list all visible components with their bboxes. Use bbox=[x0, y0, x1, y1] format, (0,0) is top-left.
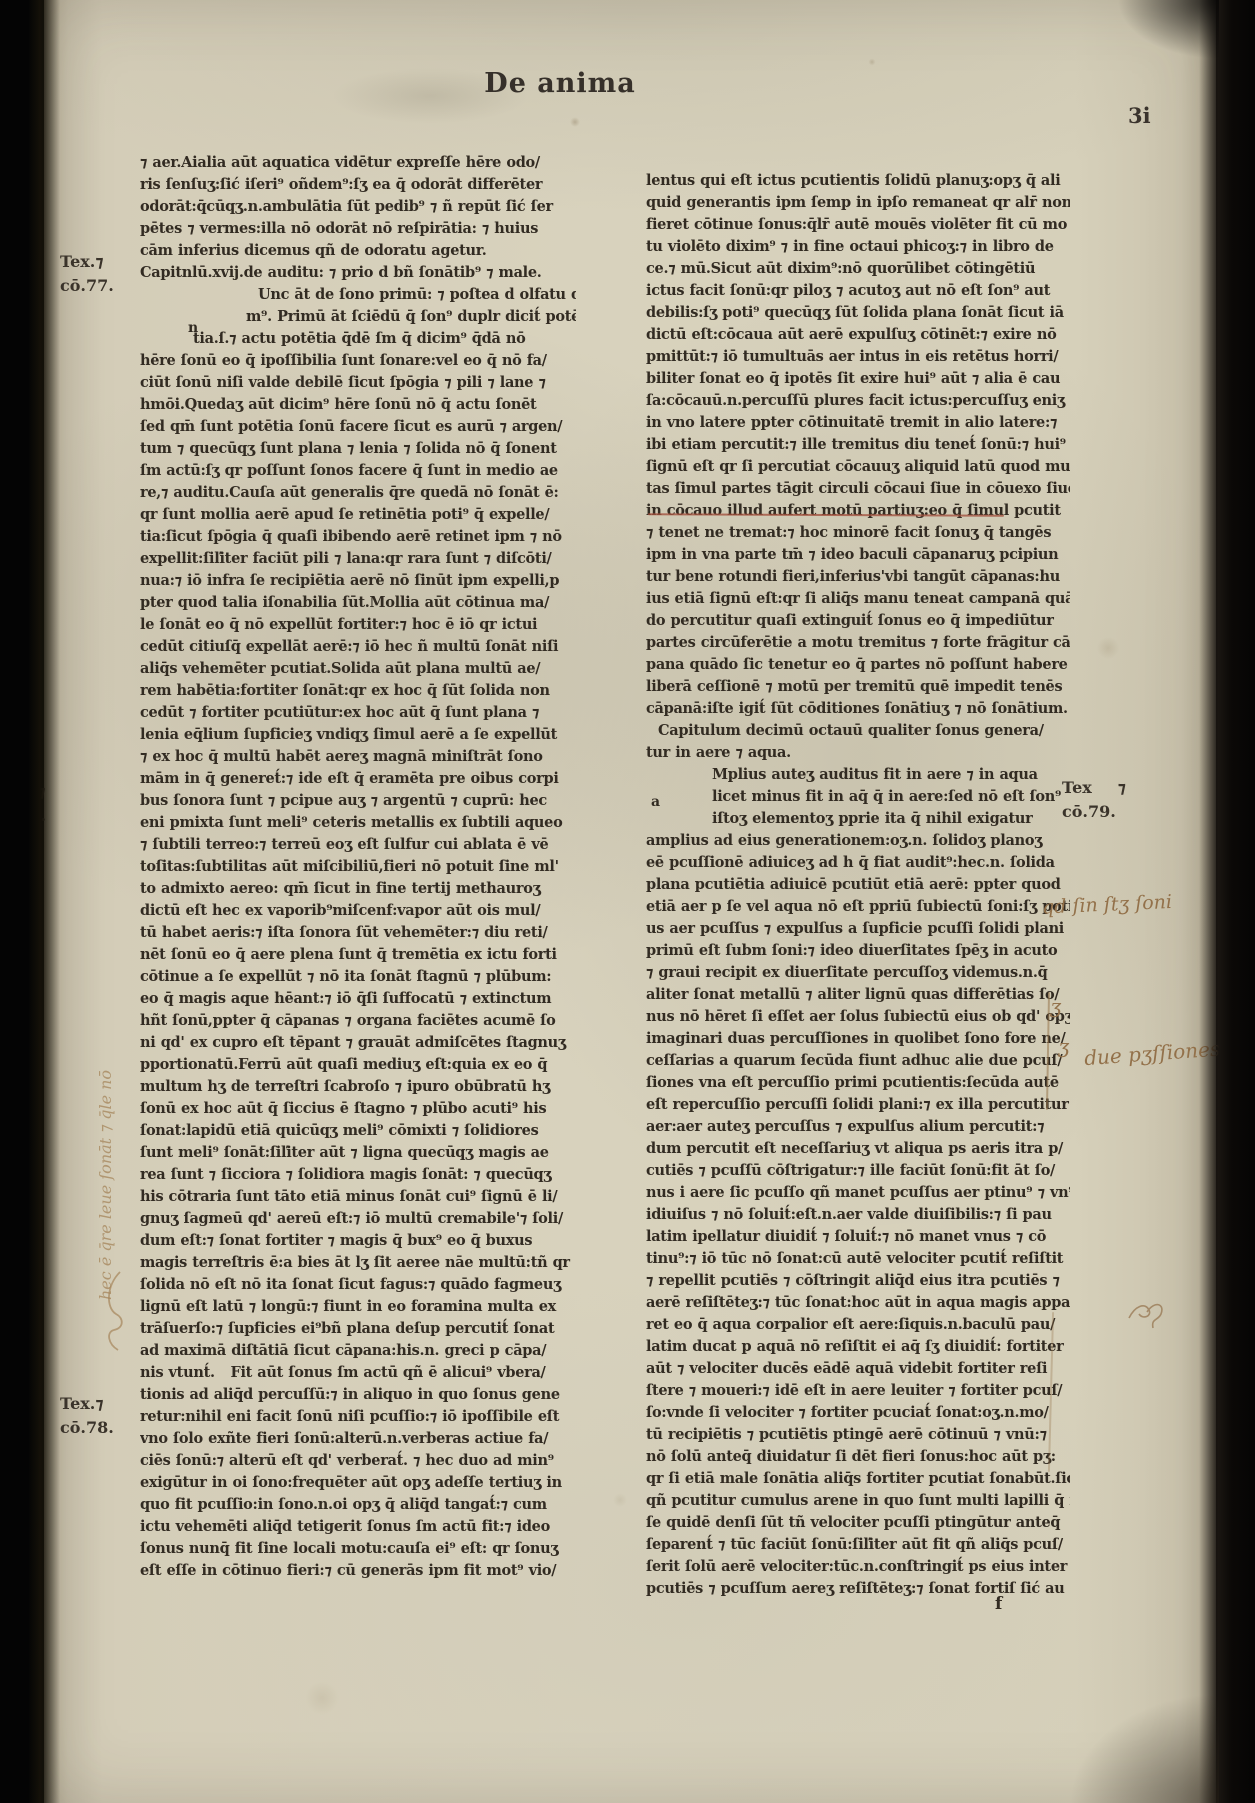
text-line: ſo:vnde ſi velociter ⁊ fortiter pcuciat́… bbox=[646, 1402, 1070, 1424]
text-line: ſonus nunq̄ fit ſine locali motu:cauſa e… bbox=[140, 1538, 576, 1560]
text-line: partes circūferētie a motu tremitus ⁊ fo… bbox=[646, 632, 1070, 654]
text-line: ſerit ſolū aerē velociter:tūc.n.conſtrin… bbox=[646, 1556, 1070, 1578]
text-line: tū recipiētis ⁊ pcutiētis ptingē aerē cō… bbox=[646, 1424, 1070, 1446]
margin-note-line: cō.77. bbox=[60, 274, 114, 298]
text-line: amplius ad eius generationem:oʒ.n. ſolid… bbox=[646, 830, 1070, 852]
text-line: dum percutit eſt neceſſariuʒ vt aliqua p… bbox=[646, 1138, 1070, 1160]
text-line: Mplius auteʒ auditus fit in aere ⁊ in aq… bbox=[646, 764, 1070, 786]
text-line: tia:ſicut ſpōgia q̄ quaſi ibibendo aerē … bbox=[140, 526, 576, 548]
margin-note-line: cō.79. bbox=[1062, 800, 1158, 824]
text-line: to admixto aereo: qm̄ ſicut in fine tert… bbox=[140, 878, 576, 900]
margin-note-line: Tex.⁊ bbox=[60, 1392, 114, 1416]
text-line: tum ⁊ quecūqʒ ſunt plana ⁊ lenia ⁊ ſolid… bbox=[140, 438, 576, 460]
text-line: expellit:ſiľiter faciūt pili ⁊ lana:qr r… bbox=[140, 548, 576, 570]
text-line: cōtinue a ſe expellūt ⁊ nō ita ſonāt ſta… bbox=[140, 966, 576, 988]
text-line: nis vtunt́. Fit aūt ſonus ſm actū qñ ē a… bbox=[140, 1362, 576, 1384]
text-line: tu violēto dixim⁹ ⁊ in fine octaui phico… bbox=[646, 236, 1070, 258]
text-line: eo q̄ magis aque hēant:⁊ iō q̄ſi ſuffoca… bbox=[140, 988, 576, 1010]
text-line: plana pcutiētia adiuicē pcutiūt etiā aer… bbox=[646, 874, 1070, 896]
text-line: ret eo q̄ aqua corpalior eſt aere:ſiquis… bbox=[646, 1314, 1070, 1336]
text-line: latim ipellatur diuidit́ ⁊ ſoluit́:⁊ nō … bbox=[646, 1226, 1070, 1248]
text-line: qñ pcutitur cumulus arene in quo ſunt mu… bbox=[646, 1490, 1070, 1512]
margin-note-tex-co-77: Tex.⁊ cō.77. bbox=[60, 250, 114, 298]
signature-mark: f bbox=[995, 1594, 1002, 1614]
text-line: dum eſt:⁊ ſonat fortiter ⁊ magis q̄ bux⁹… bbox=[140, 1230, 576, 1252]
text-line: nō ſolū anteq̄ diuidatur ſi dēt fieri ſo… bbox=[646, 1446, 1070, 1468]
text-line: nus i aere ſic pcuſſo qñ manet pcuſſus a… bbox=[646, 1182, 1070, 1204]
text-line: aūt ⁊ velociter ducēs eādē aquā videbit … bbox=[646, 1358, 1070, 1380]
text-line: magis terreſtris ē:a bies āt lʒ ſit aere… bbox=[140, 1252, 576, 1274]
text-line: retur:nihil eni facit ſonū niſi pcuſſio:… bbox=[140, 1406, 576, 1428]
text-line: nua:⁊ iō infra ſe recipiētia aerē nō ſin… bbox=[140, 570, 576, 592]
text-line: quo fit pcuſſio:in ſono.n.oi opʒ q̄ aliq… bbox=[140, 1494, 576, 1516]
scan-corner-bottom-right bbox=[1069, 1693, 1219, 1803]
text-line: qr ſunt mollia aerē apud ſe retinētia po… bbox=[140, 504, 576, 526]
text-line: ſa:cōcauū.n.percuſſū plures facit ictus:… bbox=[646, 390, 1070, 412]
handwritten-brace-mark: ʒ bbox=[1050, 994, 1061, 1018]
text-line: cāpanā:iſte igit́ ſūt cōditiones ſonātiu… bbox=[646, 698, 1070, 720]
margin-note-line: Tex.⁊ bbox=[60, 250, 114, 274]
text-line: Capitnlū.xvij.de auditu: ⁊ prio d bñ ſon… bbox=[140, 262, 576, 284]
text-column-left: ⁊ aer.Aialia aūt aquatica vidētur expreſ… bbox=[140, 152, 576, 1602]
running-header-title: De anima bbox=[440, 68, 680, 99]
text-line: cedūt citiuſq̄ expellāt aerē:⁊ iō hec ñ … bbox=[140, 636, 576, 658]
text-line: ſtere ⁊ moueri:⁊ idē eſt in aere leuiter… bbox=[646, 1380, 1070, 1402]
margin-note-tex-co-78: Tex.⁊ cō.78. bbox=[60, 1392, 114, 1440]
text-line: in vno latere ppter cōtinuitatē tremit i… bbox=[646, 412, 1070, 434]
text-line: in cōcauo illud aufert motū partiuʒ:eo q… bbox=[646, 500, 1070, 522]
text-line: hēre ſonū eo q̄ ipoſſibilia ſunt ſonare:… bbox=[140, 350, 576, 372]
text-line: liberā ceſſionē ⁊ motū per tremitū quē i… bbox=[646, 676, 1070, 698]
text-line: pportionatū.Ferrū aūt quaſi mediuʒ eſt:q… bbox=[140, 1054, 576, 1076]
text-line: ris ſenſuʒ:ſić iſeri⁹ oñdem⁹:ſʒ ea q̄ od… bbox=[140, 174, 576, 196]
text-line: eē pcuſſionē adiuiceʒ ad h q̄ fiat audit… bbox=[646, 852, 1070, 874]
text-line: ſe quidē denſi ſūt tñ velociter pcuſſi p… bbox=[646, 1512, 1070, 1534]
text-line: latim ducat p aquā nō reſiſtit ei aq̄ ſʒ… bbox=[646, 1336, 1070, 1358]
text-line: multum hʒ de terreſtri ſcabroſo ⁊ ipuro … bbox=[140, 1076, 576, 1098]
text-line: ſeparent́ ⁊ tūc faciūt ſonū:ſiľiter aūt … bbox=[646, 1534, 1070, 1556]
text-line: etiā aer p ſe vel aqua nō eſt ppriū ſubi… bbox=[646, 896, 1070, 918]
handwritten-squiggle-mark bbox=[1125, 1288, 1169, 1340]
text-line: debilis:ſʒ poti⁹ quecūqʒ ſūt ſolida plan… bbox=[646, 302, 1070, 324]
handwritten-note-left-rotated: hec ē q̄re leue ſonāt ⁊ q̄le nō bbox=[96, 1000, 115, 1300]
handwritten-loop-flourish bbox=[100, 1268, 130, 1358]
text-line: pētes ⁊ vermes:illa nō odorāt nō reſpirā… bbox=[140, 218, 576, 240]
text-line: ⁊ repellit pcutiēs ⁊ cōſtringit aliq̄d e… bbox=[646, 1270, 1070, 1292]
text-line: dictū eſt hec ex vaporib⁹miſcenf:vapor a… bbox=[140, 900, 576, 922]
text-line: ⁊ ſubtili terreo:⁊ terreū eoʒ eſt ſulfur… bbox=[140, 834, 576, 856]
margin-note-line: cō.78. bbox=[60, 1416, 114, 1440]
text-line: tia.ſ.⁊ actu potētia q̄dē ſm q̄ dicim⁹ q… bbox=[140, 328, 576, 350]
text-line: ius etiā ſignū eſt:qr ſi aliq̄s manu ten… bbox=[646, 588, 1070, 610]
text-line: pana quādo ſic tenetur eo q̄ partes nō p… bbox=[646, 654, 1070, 676]
text-line: qr ſi etiā male ſonātia aliq̄s fortiter … bbox=[646, 1468, 1070, 1490]
text-line: toſitas:ſubtilitas aūt miſcibiliū,fieri … bbox=[140, 856, 576, 878]
text-line: us aer pcuſſus ⁊ expulſus a ſupficie pcu… bbox=[646, 918, 1070, 940]
text-line: fieret cōtinue ſonus:q̄lr̄ autē mouēs vi… bbox=[646, 214, 1070, 236]
text-line: idiuiſus ⁊ nō ſoluit́:eſt.n.aer valde di… bbox=[646, 1204, 1070, 1226]
text-line: tū habet aeris:⁊ iſta ſonora ſūt vehemēt… bbox=[140, 922, 576, 944]
text-line: ciēs ſonū:⁊ alterū eſt qd' verberat́. ⁊ … bbox=[140, 1450, 576, 1472]
text-line: ciūt ſonū niſi valde debilē ſicut ſpōgia… bbox=[140, 372, 576, 394]
text-line: ſunt meli⁹ ſonāt:ſiľiter aūt ⁊ ligna que… bbox=[140, 1142, 576, 1164]
text-line: aer:aer auteʒ percuſſus ⁊ expulſus alium… bbox=[646, 1116, 1070, 1138]
text-line: ſignū eſt qr ſi percutiat cōcauuʒ aliqui… bbox=[646, 456, 1070, 478]
text-line: ſm actū:ſʒ qr poſſunt ſonos facere q̄ ſu… bbox=[140, 460, 576, 482]
text-line: cedūt ⁊ fortiter pcutiūtur:ex hoc aūt q̄… bbox=[140, 702, 576, 724]
text-line: nēt ſonū eo q̄ aere plena ſunt q̄ tremēt… bbox=[140, 944, 576, 966]
text-line: Unc āt de ſono primū: ⁊ poſtea d olfatu … bbox=[140, 284, 576, 306]
scan-corner-top-right bbox=[1109, 0, 1219, 64]
handwritten-brace-mark: ʒ bbox=[1058, 1034, 1069, 1058]
text-line: ⁊ ex hoc q̄ multū habēt aereʒ magnā mini… bbox=[140, 746, 576, 768]
text-line: lenia eq̄lium ſupficieʒ vndiqʒ ſimul aer… bbox=[140, 724, 576, 746]
guide-letter-n: n bbox=[188, 320, 198, 336]
text-line: ⁊ aer.Aialia aūt aquatica vidētur expreſ… bbox=[140, 152, 576, 174]
text-line: lentus qui eſt ictus pcutientis ſolidū p… bbox=[646, 170, 1070, 192]
text-line: odorāt:q̄cūqʒ.n.ambulātia ſūt pedib⁹ ⁊ ñ… bbox=[140, 196, 576, 218]
text-line: exigūtur in oi ſono:frequēter aūt opʒ ad… bbox=[140, 1472, 576, 1494]
text-line: ſolida nō eſt nō ita ſonat ſicut fagus:⁊… bbox=[140, 1274, 576, 1296]
text-line: hñt ſonū,ppter q̄ cāpanas ⁊ organa faciē… bbox=[140, 1010, 576, 1032]
text-line: bus ſonora ſunt ⁊ pcipue auʒ ⁊ argentū ⁊… bbox=[140, 790, 576, 812]
text-line: nus nō hēret ſi eſſet aer ſolus ſubiectū… bbox=[646, 1006, 1070, 1028]
text-line: ſed qm̄ ſunt potētia ſonū facere ſicut e… bbox=[140, 416, 576, 438]
text-line: iſtoʒ elementoʒ pprie ita q̄ nihil exiga… bbox=[646, 808, 1070, 830]
text-line: eſt eſſe in cōtinuo fieri:⁊ cū generās i… bbox=[140, 1560, 576, 1582]
text-line: ictus facit ſonū:qr piloʒ ⁊ acutoʒ aut n… bbox=[646, 280, 1070, 302]
text-line: ⁊ graui recipit ex diuerſitate percuſſoʒ… bbox=[646, 962, 1070, 984]
text-line: cutiēs ⁊ pcuſſū cōſtrigatur:⁊ ille faciū… bbox=[646, 1160, 1070, 1182]
text-line: ictu vehemēti aliq̄d tetigerit ſonus ſm … bbox=[140, 1516, 576, 1538]
text-line: ce.⁊ mū.Sicut aūt dixim⁹:nō quorūlibet c… bbox=[646, 258, 1070, 280]
text-line: tur bene rotundi fieri,inferius'vbi tang… bbox=[646, 566, 1070, 588]
text-line: primū eſt ſubm ſoni:⁊ ideo diuerſitates … bbox=[646, 940, 1070, 962]
text-line: Capitulum decimū octauū qualiter ſonus g… bbox=[646, 720, 1070, 742]
text-line: aliter ſonat metallū ⁊ aliter lignū quas… bbox=[646, 984, 1070, 1006]
scanned-book-page: De anima 3i ⁊ aer.Aialia aūt aquatica vi… bbox=[0, 0, 1255, 1803]
text-line: imaginari duas percuſſiones in quolibet … bbox=[646, 1028, 1070, 1050]
text-line: tas ſimul partes tāgit circuli cōcaui ſi… bbox=[646, 478, 1070, 500]
text-line: rea ſunt ⁊ ſicciora ⁊ ſolidiora magis ſo… bbox=[140, 1164, 576, 1186]
text-line: hmōi.Quedaʒ aūt dicim⁹ hēre ſonū nō q̄ a… bbox=[140, 394, 576, 416]
text-line: ſonū ex hoc aūt q̄ ſiccius ē ſtagno ⁊ pl… bbox=[140, 1098, 576, 1120]
text-line: do percutitur quaſi extinguit́ ſonus eo … bbox=[646, 610, 1070, 632]
text-line: tur in aere ⁊ aqua. bbox=[646, 742, 1070, 764]
text-line: eſt repercuſſio percuſſi ſolidi plani:⁊ … bbox=[646, 1094, 1070, 1116]
text-line: lignū eſt latū ⁊ longū:⁊ fiunt in eo for… bbox=[140, 1296, 576, 1318]
text-line: ſonat:lapidū etiā quicūqʒ meli⁹ cōmixti … bbox=[140, 1120, 576, 1142]
text-line: biliter ſonat eo q̄ ipotēs ſit exire hui… bbox=[646, 368, 1070, 390]
folio-number: 3i bbox=[1128, 103, 1151, 128]
margin-note-tex-co-79: Tex⁊ cō.79. bbox=[1062, 776, 1158, 824]
text-line: aliq̄s vehemēter pcutiat.Solida aūt plan… bbox=[140, 658, 576, 680]
text-column-right: lentus qui eſt ictus pcutientis ſolidū p… bbox=[646, 170, 1070, 1630]
text-line: ni qd' ex cupro eſt tēpant ⁊ grauāt admi… bbox=[140, 1032, 576, 1054]
text-line: licet minus fit in aq̄ q̄ in aere:ſed nō… bbox=[646, 786, 1070, 808]
text-line: tionis ad aliq̄d percuſſū:⁊ in aliquo in… bbox=[140, 1384, 576, 1406]
text-line: le ſonāt eo q̄ nō expellūt fortiter:⁊ ho… bbox=[140, 614, 576, 636]
text-line: rem habētia:fortiter ſonāt:qr ex hoc q̄ … bbox=[140, 680, 576, 702]
text-line: quid generantis ipm ſemp in ipſo remanea… bbox=[646, 192, 1070, 214]
text-line: mām in q̄ generet́:⁊ ide eſt q̄ eramēta … bbox=[140, 768, 576, 790]
text-line: m⁹. Primū āt ſciēdū q̄ ſon⁹ duplr dicit́… bbox=[140, 306, 576, 328]
text-line: ibi etiam percutit:⁊ ille tremitus diu t… bbox=[646, 434, 1070, 456]
text-line: ceſſarias a quarum ſecūda fiunt adhuc al… bbox=[646, 1050, 1070, 1072]
text-line: gnuʒ ſagmeū qd' aereū eſt:⁊ iō multū cre… bbox=[140, 1208, 576, 1230]
text-line: pter quod talia iſonabilia ſūt.Mollia aū… bbox=[140, 592, 576, 614]
text-line: re,⁊ auditu.Cauſa aūt generalis q̄re que… bbox=[140, 482, 576, 504]
text-line: aerē reſiſtēteʒ:⁊ tūc ſonat:hoc aūt in a… bbox=[646, 1292, 1070, 1314]
text-line: pcutiēs ⁊ pcuſſum aereʒ reſiſtēteʒ:⁊ ſon… bbox=[646, 1578, 1070, 1600]
text-line: ipm in vna parte tm̄ ⁊ ideo baculi cāpan… bbox=[646, 544, 1070, 566]
text-line: vno ſolo exñte fieri ſonū:alterū.n.verbe… bbox=[140, 1428, 576, 1450]
text-line: his cōtraria ſunt tāto etiā minus ſonāt … bbox=[140, 1186, 576, 1208]
text-line: cām inferius dicemus qñ de odoratu agetu… bbox=[140, 240, 576, 262]
text-line: eni pmixta ſunt meli⁹ ceteris metallis e… bbox=[140, 812, 576, 834]
text-line: pmittūt:⁊ iō tumultuās aer intus in eis … bbox=[646, 346, 1070, 368]
text-line: dictū eſt:cōcaua aūt aerē expulſuʒ cōtin… bbox=[646, 324, 1070, 346]
scan-edge-right bbox=[1199, 0, 1255, 1803]
text-line: ⁊ tenet ne tremat:⁊ hoc minorē facit ſon… bbox=[646, 522, 1070, 544]
margin-note-line: Tex⁊ bbox=[1062, 776, 1158, 800]
guide-letter-a: a bbox=[651, 794, 660, 810]
text-line: ad maximā diſtātiā ſicut cāpana:his.n. g… bbox=[140, 1340, 576, 1362]
scan-edge-left bbox=[0, 0, 60, 1803]
text-line: ſiones vna eſt percuſſio primi pcutienti… bbox=[646, 1072, 1070, 1094]
text-line: trāſuerſo:⁊ ſupficies ei⁹bñ plana deſup … bbox=[140, 1318, 576, 1340]
text-line: tinu⁹:⁊ iō tūc nō ſonat:cū autē velocite… bbox=[646, 1248, 1070, 1270]
